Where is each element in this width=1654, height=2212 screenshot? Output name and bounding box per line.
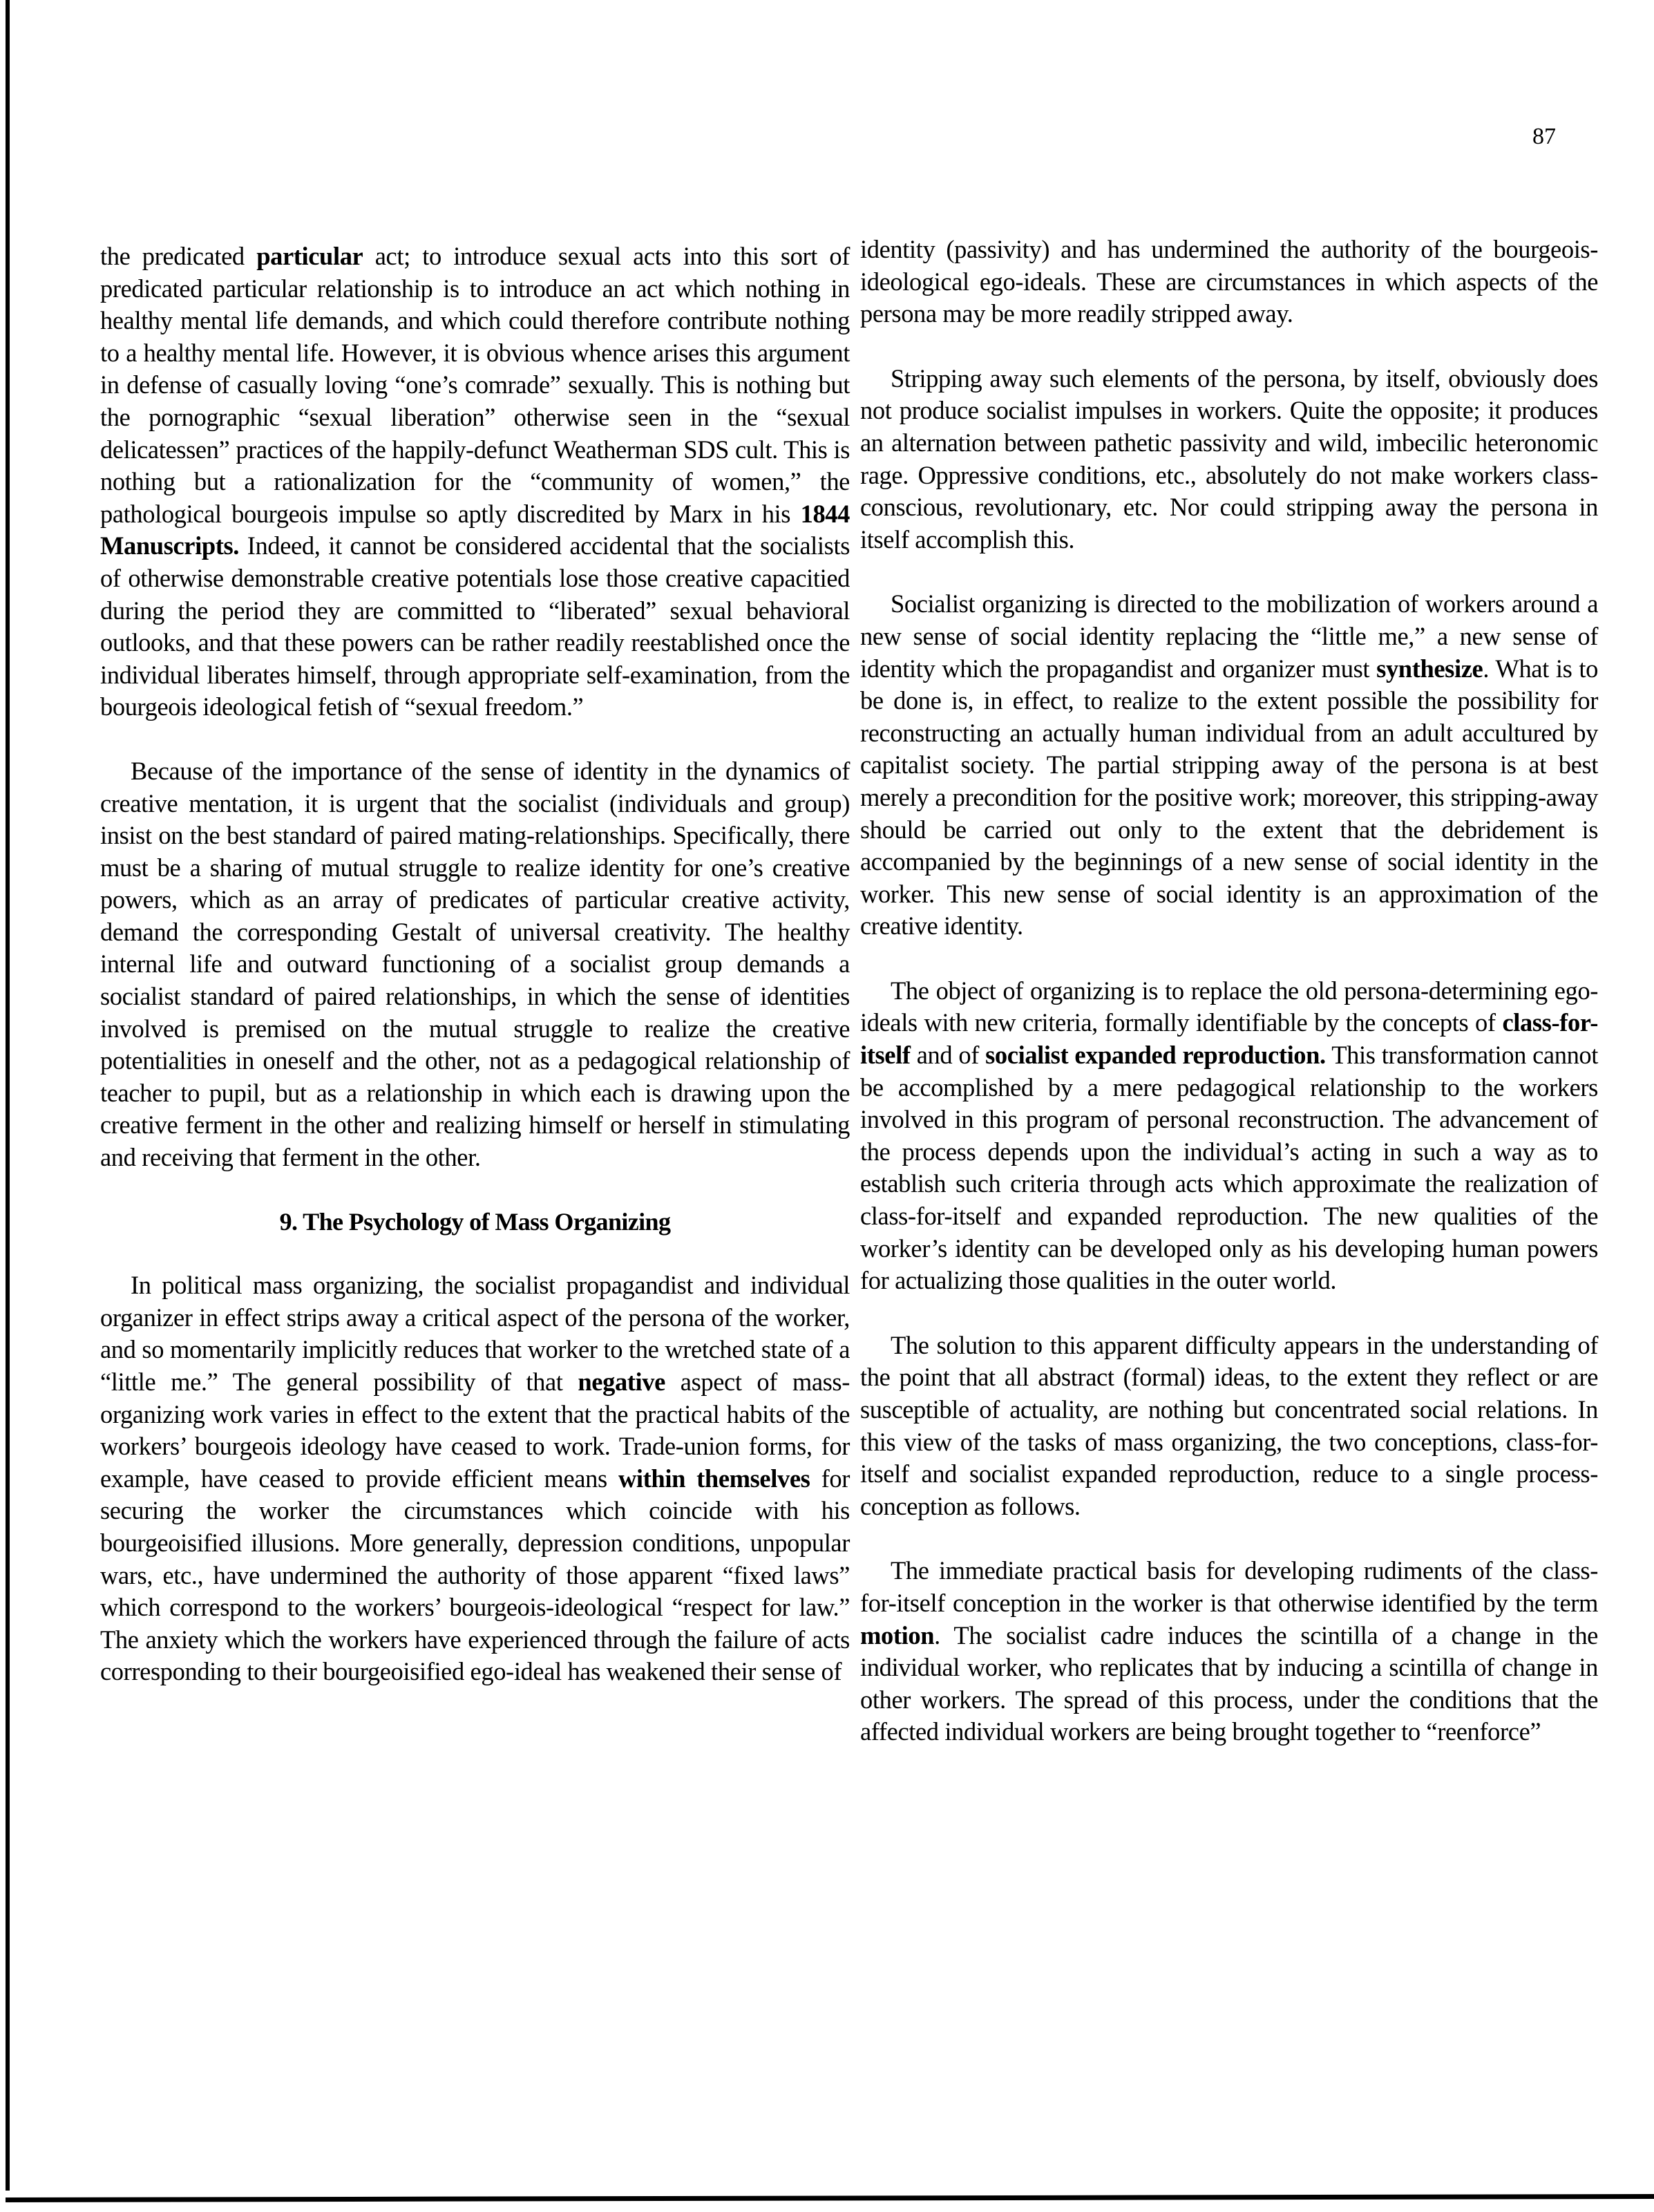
body-paragraph: the predicated particular act; to introd… <box>100 240 850 724</box>
body-paragraph: The solution to this apparent difficulty… <box>860 1330 1598 1523</box>
section-heading: 9. The Psychology of Mass Organizing <box>100 1206 850 1238</box>
paragraph-text: . The socialist cadre induces the scinti… <box>860 1621 1598 1746</box>
paragraph-text: The object of organizing is to replace t… <box>860 976 1598 1037</box>
body-paragraph: Because of the importance of the sense o… <box>100 755 850 1174</box>
paragraph-text: The solution to this apparent difficulty… <box>860 1331 1598 1520</box>
page-binding-edge <box>6 0 10 2191</box>
paragraph-text: The immediate practical basis for develo… <box>860 1556 1598 1617</box>
bold-emphasis: motion <box>860 1621 934 1649</box>
paragraph-text: Because of the importance of the sense o… <box>100 757 850 1171</box>
left-column-after-heading: In political mass organizing, the social… <box>100 1269 850 1688</box>
bold-emphasis: within themselves <box>618 1464 810 1493</box>
bold-emphasis: synthesize <box>1376 654 1483 683</box>
bold-emphasis: particular <box>256 242 363 270</box>
bold-emphasis: negative <box>578 1368 665 1396</box>
right-column: identity (passivity) and has undermined … <box>860 234 1598 1748</box>
body-paragraph: The immediate practical basis for develo… <box>860 1555 1598 1748</box>
bold-emphasis: socialist expanded reproduction. <box>985 1041 1326 1069</box>
body-paragraph: Socialist organizing is directed to the … <box>860 588 1598 943</box>
page-bottom-edge <box>6 2194 1654 2202</box>
paragraph-text: act; to introduce sexual acts into this … <box>100 242 850 528</box>
paragraph-text: the predicated <box>100 242 256 270</box>
paragraph-text: Indeed, it cannot be considered accident… <box>100 531 850 721</box>
paragraph-text: identity (passivity) and has undermined … <box>860 235 1598 328</box>
paragraph-text: and of <box>911 1041 986 1069</box>
paragraph-text: Stripping away such elements of the pers… <box>860 364 1598 554</box>
right-column-paragraphs: identity (passivity) and has undermined … <box>860 234 1598 1748</box>
paragraph-text: . What is to be done is, in effect, to r… <box>860 654 1598 940</box>
body-paragraph: The object of organizing is to replace t… <box>860 975 1598 1297</box>
paragraph-text: This transformation cannot be accomplish… <box>860 1041 1598 1294</box>
left-column-paragraphs: the predicated particular act; to introd… <box>100 240 850 1174</box>
body-paragraph: Stripping away such elements of the pers… <box>860 363 1598 556</box>
body-paragraph: In political mass organizing, the social… <box>100 1269 850 1688</box>
left-column: the predicated particular act; to introd… <box>100 240 850 1688</box>
page-number: 87 <box>1532 123 1556 151</box>
body-paragraph: identity (passivity) and has undermined … <box>860 234 1598 330</box>
paragraph-text: for securing the worker the circumstance… <box>100 1464 850 1686</box>
